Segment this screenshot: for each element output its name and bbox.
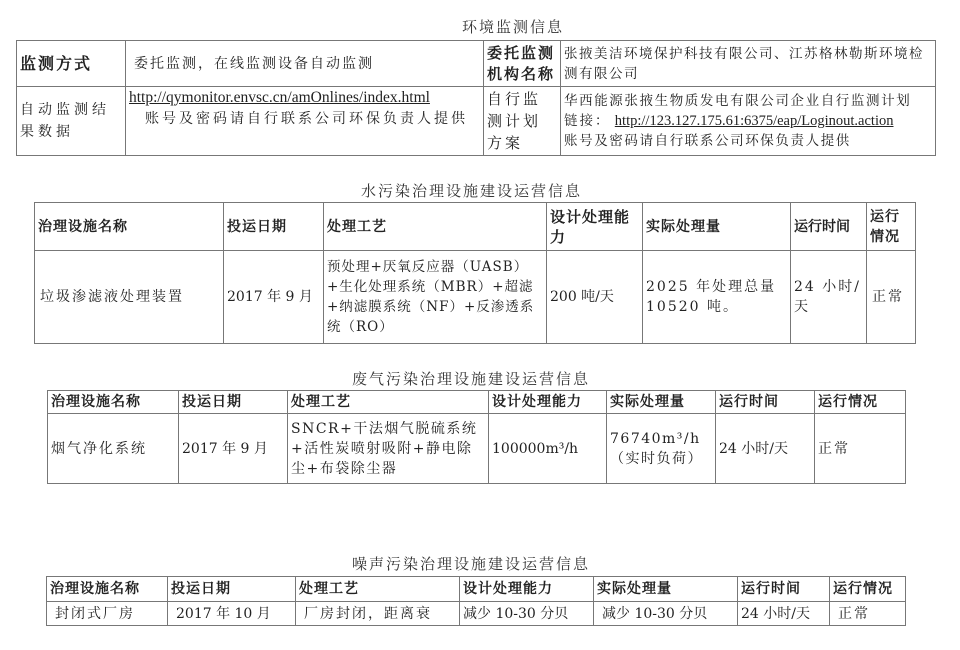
method-label: 监测方式 [17,41,126,87]
air-cell-name: 烟气净化系统 [48,414,179,484]
self-plan-link-row: 链接： http://123.127.175.61:6375/eap/Login… [564,111,932,131]
noise-cell-capacity: 减少 10-30 分贝 [460,602,594,626]
self-plan-link-prefix: 链接： [564,113,611,129]
water-table: 治理设施名称 投运日期 处理工艺 设计处理能力 实际处理量 运行时间 运行情况 … [34,202,916,344]
auto-result-label: 自动监测结果数据 [17,87,126,156]
auto-result-link[interactable]: http://qymonitor.envsc.cn/amOnlines/inde… [129,88,480,108]
noise-cell-date: 2017 年 10 月 [168,602,296,626]
air-header-capacity: 设计处理能力 [489,391,607,414]
water-header-status: 运行情况 [867,203,916,251]
water-title: 水污染治理设施建设运营信息 [361,180,582,201]
water-cell-actual: 2025 年处理总量 10520 吨。 [643,251,791,344]
self-plan-cell: 华西能源张掖生物质发电有限公司企业自行监测计划 链接： http://123.1… [561,87,936,156]
noise-cell-process: 厂房封闭，距离衰 [296,602,460,626]
air-header-row: 治理设施名称 投运日期 处理工艺 设计处理能力 实际处理量 运行时间 运行情况 [48,391,906,414]
air-header-runtime: 运行时间 [716,391,815,414]
noise-title: 噪声污染治理设施建设运营信息 [352,553,590,574]
noise-table: 治理设施名称 投运日期 处理工艺 设计处理能力 实际处理量 运行时间 运行情况 … [46,576,906,626]
air-header-actual: 实际处理量 [607,391,716,414]
water-cell-process: 预处理+厌氧反应器（UASB）+生化处理系统（MBR）+超滤+纳滤膜系统（NF）… [324,251,547,344]
water-header-runtime: 运行时间 [791,203,867,251]
air-cell-actual: 76740m³/h （实时负荷） [607,414,716,484]
agency-value: 张掖美洁环境保护科技有限公司、江苏格林勒斯环境检测有限公司 [561,41,936,87]
table-row: 烟气净化系统 2017 年 9 月 SNCR+干法烟气脱硫系统+活性炭喷射吸附+… [48,414,906,484]
self-plan-link[interactable]: http://123.127.175.61:6375/eap/Loginout.… [615,113,894,129]
air-cell-runtime: 24 小时/天 [716,414,815,484]
self-plan-note: 账号及密码请自行联系公司环保负责人提供 [564,131,932,151]
noise-header-capacity: 设计处理能力 [460,577,594,602]
water-header-capacity: 设计处理能力 [547,203,643,251]
auto-result-note: 账号及密码请自行联系公司环保负责人提供 [129,108,480,130]
water-cell-name: 垃圾渗滤液处理装置 [35,251,224,344]
air-cell-capacity: 100000m³/h [489,414,607,484]
noise-header-runtime: 运行时间 [738,577,830,602]
water-header-name: 治理设施名称 [35,203,224,251]
air-cell-process: SNCR+干法烟气脱硫系统+活性炭喷射吸附+静电除尘+布袋除尘器 [288,414,489,484]
noise-header-date: 投运日期 [168,577,296,602]
air-table: 治理设施名称 投运日期 处理工艺 设计处理能力 实际处理量 运行时间 运行情况 … [47,390,906,484]
air-cell-date: 2017 年 9 月 [179,414,288,484]
env-monitoring-table: 监测方式 委托监测，在线监测设备自动监测 委托监测机构名称 张掖美洁环境保护科技… [16,40,936,156]
water-header-process: 处理工艺 [324,203,547,251]
noise-header-process: 处理工艺 [296,577,460,602]
noise-cell-runtime: 24 小时/天 [738,602,830,626]
water-header-date: 投运日期 [224,203,324,251]
noise-cell-status: 正常 [830,602,906,626]
water-header-row: 治理设施名称 投运日期 处理工艺 设计处理能力 实际处理量 运行时间 运行情况 [35,203,916,251]
env-monitoring-title: 环境监测信息 [462,16,564,37]
air-title: 废气污染治理设施建设运营信息 [352,368,590,389]
method-value: 委托监测，在线监测设备自动监测 [126,41,484,87]
noise-cell-actual: 减少 10-30 分贝 [594,602,738,626]
air-cell-status: 正常 [815,414,906,484]
self-plan-label: 自行监测计划方案 [484,87,561,156]
auto-result-cell: http://qymonitor.envsc.cn/amOnlines/inde… [126,87,484,156]
noise-header-status: 运行情况 [830,577,906,602]
water-cell-status: 正常 [867,251,916,344]
water-header-actual: 实际处理量 [643,203,791,251]
table-row: 垃圾渗滤液处理装置 2017 年 9 月 预处理+厌氧反应器（UASB）+生化处… [35,251,916,344]
water-cell-date: 2017 年 9 月 [224,251,324,344]
air-header-process: 处理工艺 [288,391,489,414]
noise-header-actual: 实际处理量 [594,577,738,602]
air-header-status: 运行情况 [815,391,906,414]
air-header-date: 投运日期 [179,391,288,414]
air-header-name: 治理设施名称 [48,391,179,414]
noise-header-name: 治理设施名称 [47,577,168,602]
table-row: 封闭式厂房 2017 年 10 月 厂房封闭，距离衰 减少 10-30 分贝 减… [47,602,906,626]
noise-header-row: 治理设施名称 投运日期 处理工艺 设计处理能力 实际处理量 运行时间 运行情况 [47,577,906,602]
water-cell-runtime: 24 小时/天 [791,251,867,344]
water-cell-capacity: 200 吨/天 [547,251,643,344]
noise-cell-name: 封闭式厂房 [47,602,168,626]
self-plan-text: 华西能源张掖生物质发电有限公司企业自行监测计划 [564,91,932,111]
agency-label: 委托监测机构名称 [484,41,561,87]
